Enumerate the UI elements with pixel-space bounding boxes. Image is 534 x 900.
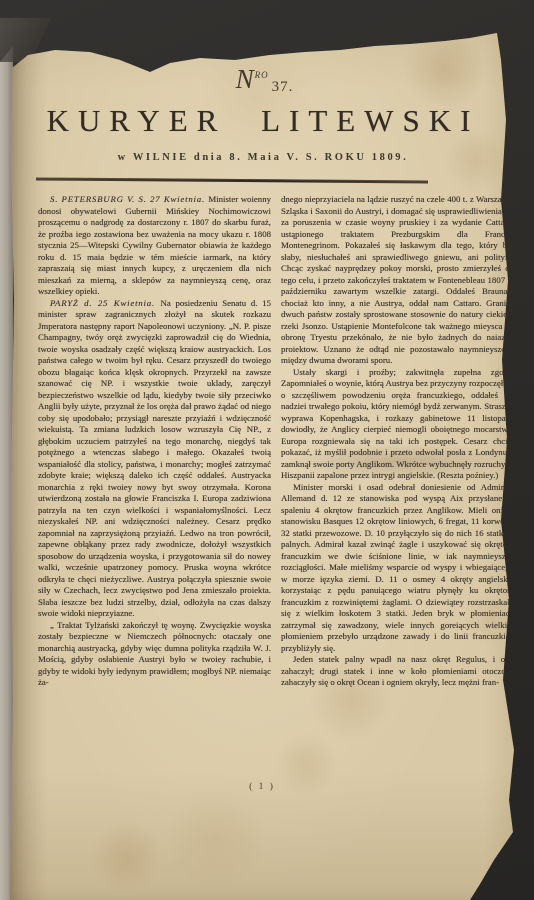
article-column-right: dnego nieprzyiaciela na lądzie ruszyć na… — [281, 194, 514, 790]
issue-superscript: RO — [255, 70, 269, 80]
article-column-left: S. PETERSBURG V. S. 27 Kwietnia. Ministe… — [38, 194, 271, 790]
newspaper-page: NRO37. KURYER LITEWSKI w WILNIE dnia 8. … — [6, 0, 520, 900]
scanned-newspaper-page: NRO37. KURYER LITEWSKI w WILNIE dnia 8. … — [0, 0, 534, 900]
dateline-lead: PARYŻ d. 25 Kwietnia. — [50, 298, 160, 308]
article-paragraph: S. PETERSBURG V. S. 27 Kwietnia. Ministe… — [38, 194, 271, 298]
article-paragraph: Ustały skargi i proźby; zakwitnęła zupeł… — [281, 367, 514, 482]
article-paragraph: dnego nieprzyiaciela na lądzie ruszyć na… — [281, 194, 514, 367]
issue-number: NRO37. — [6, 64, 520, 95]
article-paragraph: Minister morski i osad odebrał doniesien… — [281, 482, 514, 655]
article-body: S. PETERSBURG V. S. 27 Kwietnia. Ministe… — [38, 194, 514, 790]
article-paragraph: PARYŻ d. 25 Kwietnia. Na posiedzeniu Sen… — [38, 298, 271, 620]
dateline-lead: S. PETERSBURG V. S. 27 Kwietnia. — [50, 194, 208, 204]
page-number: ( 1 ) — [232, 782, 292, 792]
issue-digits: 37. — [272, 79, 294, 95]
article-paragraph: „ Traktat Tylżański zakończył tę woynę. … — [38, 620, 271, 689]
book-page-edge — [0, 46, 13, 900]
dateline: w WILNIE dnia 8. Maia V. S. ROKU 1809. — [6, 152, 520, 163]
issue-prefix: N — [236, 64, 255, 94]
article-paragraph: Jeden statek palny wpadł na nasz okręt R… — [281, 654, 514, 689]
newspaper-title: KURYER LITEWSKI — [6, 103, 520, 139]
header-rule — [36, 177, 428, 183]
